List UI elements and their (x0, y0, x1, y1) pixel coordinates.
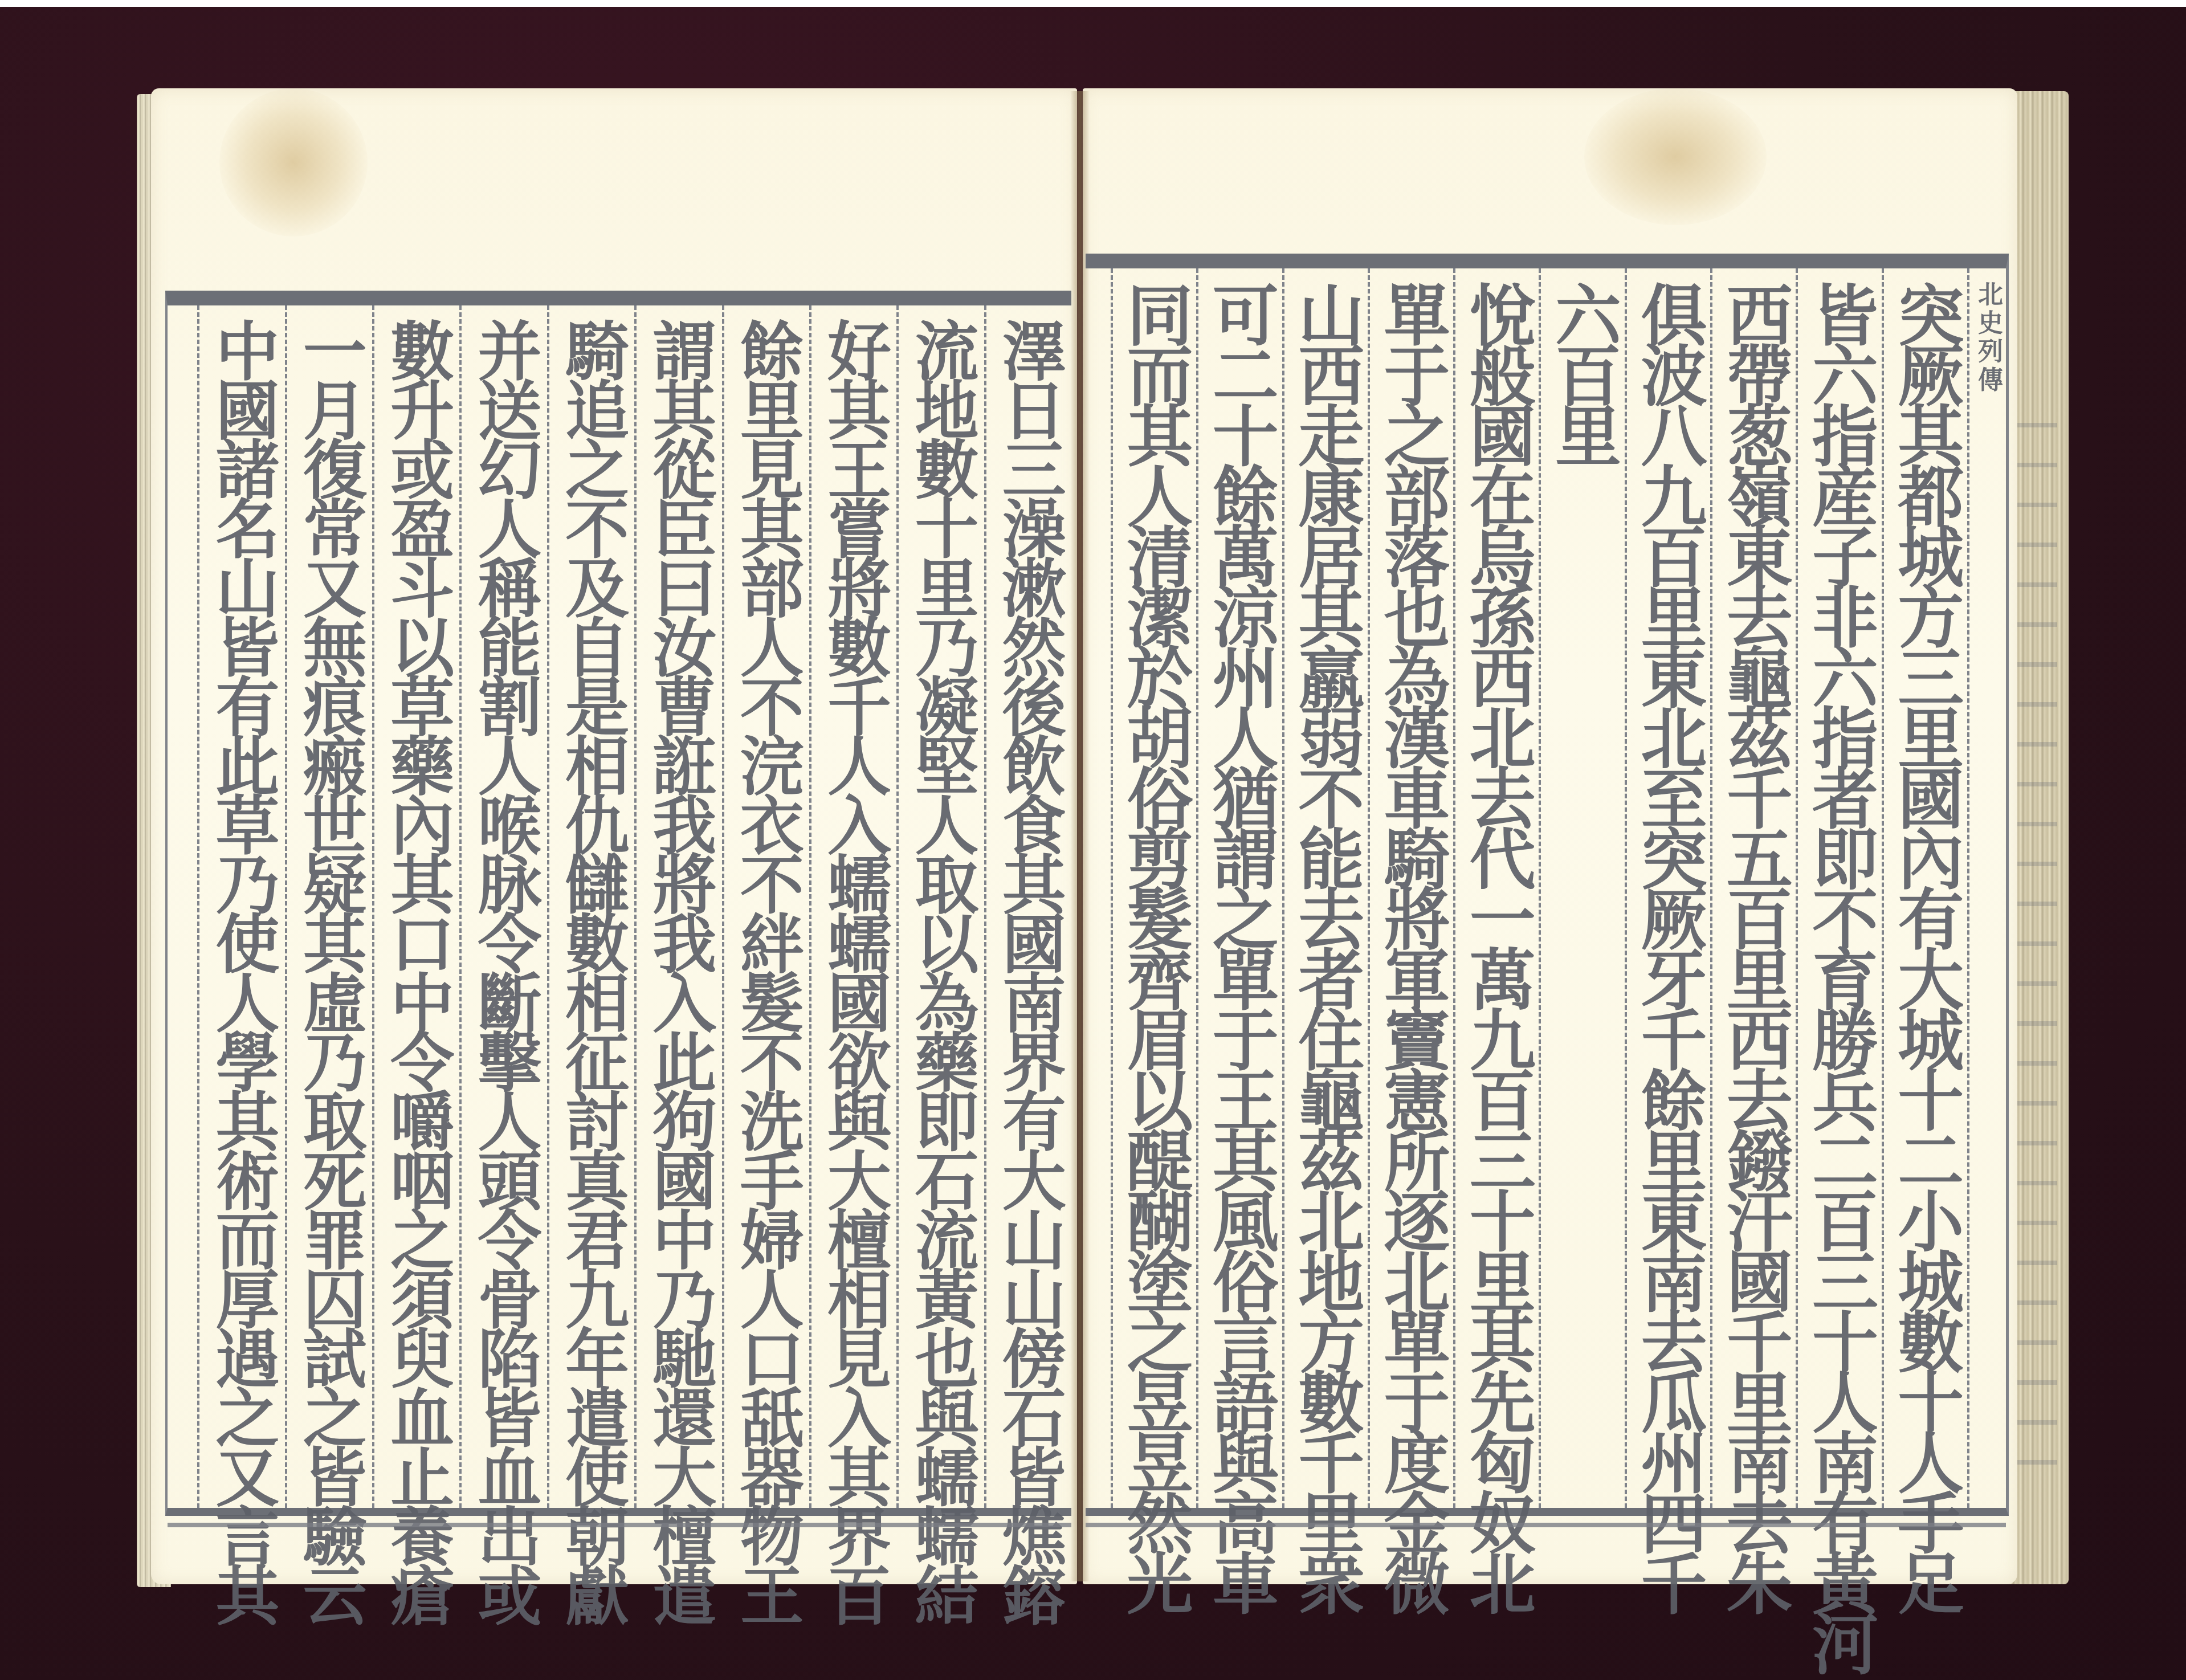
column-text: 中國諸名山皆有此草乃使人學其術而厚遇之又言其 (210, 318, 274, 1508)
water-stain (219, 88, 368, 236)
text-column: 并送幻人稱能割人喉脉令斷擊人頭令骨陷皆血出或 (459, 305, 546, 1508)
column-text: 山西走康居其羸弱不能去者住龜茲北地方數千里衆 (1293, 281, 1359, 1508)
text-column: 六百里 (1539, 268, 1624, 1508)
left-page-text-block: 澤日三澡漱然後飲食其國南界有大山山傍石皆燋鎔 流地數十里乃凝堅人取以為藥即石流黃… (165, 291, 1071, 1516)
text-column: 突厥其都城方三里國內有大城十二小城數十人手足 (1882, 268, 1967, 1508)
text-column: 騎追之不及自是相仇讎數相征討真君九年遣使朝獻 (547, 305, 634, 1508)
column-text: 謂其從臣曰汝曹誑我將我入此狗國中乃馳還大檀遣 (647, 318, 711, 1508)
text-column: 皆六指産子非六指者即不育勝兵二百三十人南有黃河 (1796, 268, 1881, 1508)
column-text: 西帶葱嶺東去龜茲千五百里西去鏺汗國千里南去朱 (1721, 281, 1787, 1508)
text-column: 同而其人清潔於胡俗剪髮齊眉以醍醐塗之昱昱然光 (1111, 268, 1196, 1508)
column-text: 數升或盈斗以草藥內其口中令嚼咽之須臾血止養瘡 (385, 318, 449, 1508)
text-column: 餘里見其部人不浣衣不絆髮不洗手婦人口舐器物王 (722, 305, 809, 1508)
margin-column (168, 305, 197, 1508)
column-text: 好其王嘗將數千人入蠕蠕國欲與大檀相見入其界百 (822, 318, 886, 1508)
text-column: 中國諸名山皆有此草乃使人學其術而厚遇之又言其 (197, 305, 284, 1508)
text-column: 悅般國在烏孫西北去代一萬九百三十里其先匈奴北 (1453, 268, 1539, 1508)
text-column: 流地數十里乃凝堅人取以為藥即石流黃也與蠕蠕結 (896, 305, 984, 1508)
fore-edge-ink-marks (2012, 399, 2057, 1482)
column-text: 單于之部落也為漢車騎將軍竇憲所逐北單于度金微 (1379, 281, 1445, 1508)
column-text: 并送幻人稱能割人喉脉令斷擊人頭令骨陷皆血出或 (472, 318, 536, 1508)
margin-column (1086, 268, 1111, 1508)
text-column: 謂其從臣曰汝曹誑我將我入此狗國中乃馳還大檀遣 (634, 305, 721, 1508)
text-column: 山西走康居其羸弱不能去者住龜茲北地方數千里衆 (1282, 268, 1368, 1508)
column-text: 一月復常又無痕瘢世疑其虛乃取死罪囚試之皆驗云 (297, 318, 361, 1508)
text-column: 俱波八九百里東北至突厥牙千餘里東南去瓜州四千 (1625, 268, 1710, 1508)
text-column: 一月復常又無痕瘢世疑其虛乃取死罪囚試之皆驗云 (285, 305, 372, 1508)
scan-border (0, 0, 2186, 7)
right-page-text-block: 北史列傳 突厥其都城方三里國內有大城十二小城數十人手足 皆六指産子非六指者即不育… (1086, 254, 2009, 1516)
column-text: 流地數十里乃凝堅人取以為藥即石流黃也與蠕蠕結 (910, 318, 973, 1508)
column-text: 澤日三澡漱然後飲食其國南界有大山山傍石皆燋鎔 (997, 318, 1061, 1508)
column-text: 可二十餘萬涼州人猶謂之單于王其風俗言語與高車 (1207, 281, 1273, 1508)
text-column: 澤日三澡漱然後飲食其國南界有大山山傍石皆燋鎔 (984, 305, 1071, 1508)
side-label: 北史列傳 (1969, 281, 2006, 1508)
column-text: 悅般國在烏孫西北去代一萬九百三十里其先匈奴北 (1464, 281, 1530, 1508)
text-column: 可二十餘萬涼州人猶謂之單于王其風俗言語與高車 (1196, 268, 1282, 1508)
column-text: 突厥其都城方三里國內有大城十二小城數十人手足 (1893, 281, 1959, 1508)
scanned-book-photo: 澤日三澡漱然後飲食其國南界有大山山傍石皆燋鎔 流地數十里乃凝堅人取以為藥即石流黃… (0, 0, 2186, 1680)
column-text: 六百里 (1550, 281, 1616, 1508)
water-stain (1584, 88, 1767, 225)
column-text: 同而其人清潔於胡俗剪髮齊眉以醍醐塗之昱昱然光 (1121, 281, 1188, 1508)
text-column: 西帶葱嶺東去龜茲千五百里西去鏺汗國千里南去朱 (1710, 268, 1796, 1508)
column-text: 皆六指産子非六指者即不育勝兵二百三十人南有黃河 (1807, 281, 1873, 1508)
text-column: 單于之部落也為漢車騎將軍竇憲所逐北單于度金微 (1368, 268, 1453, 1508)
column-text: 餘里見其部人不浣衣不絆髮不洗手婦人口舐器物王 (735, 318, 798, 1508)
column-text: 俱波八九百里東北至突厥牙千餘里東南去瓜州四千 (1636, 281, 1702, 1508)
text-column: 數升或盈斗以草藥內其口中令嚼咽之須臾血止養瘡 (372, 305, 459, 1508)
text-column: 好其王嘗將數千人入蠕蠕國欲與大檀相見入其界百 (809, 305, 896, 1508)
side-label-column: 北史列傳 (1967, 268, 2006, 1508)
column-text: 騎追之不及自是相仇讎數相征討真君九年遣使朝獻 (560, 318, 623, 1508)
